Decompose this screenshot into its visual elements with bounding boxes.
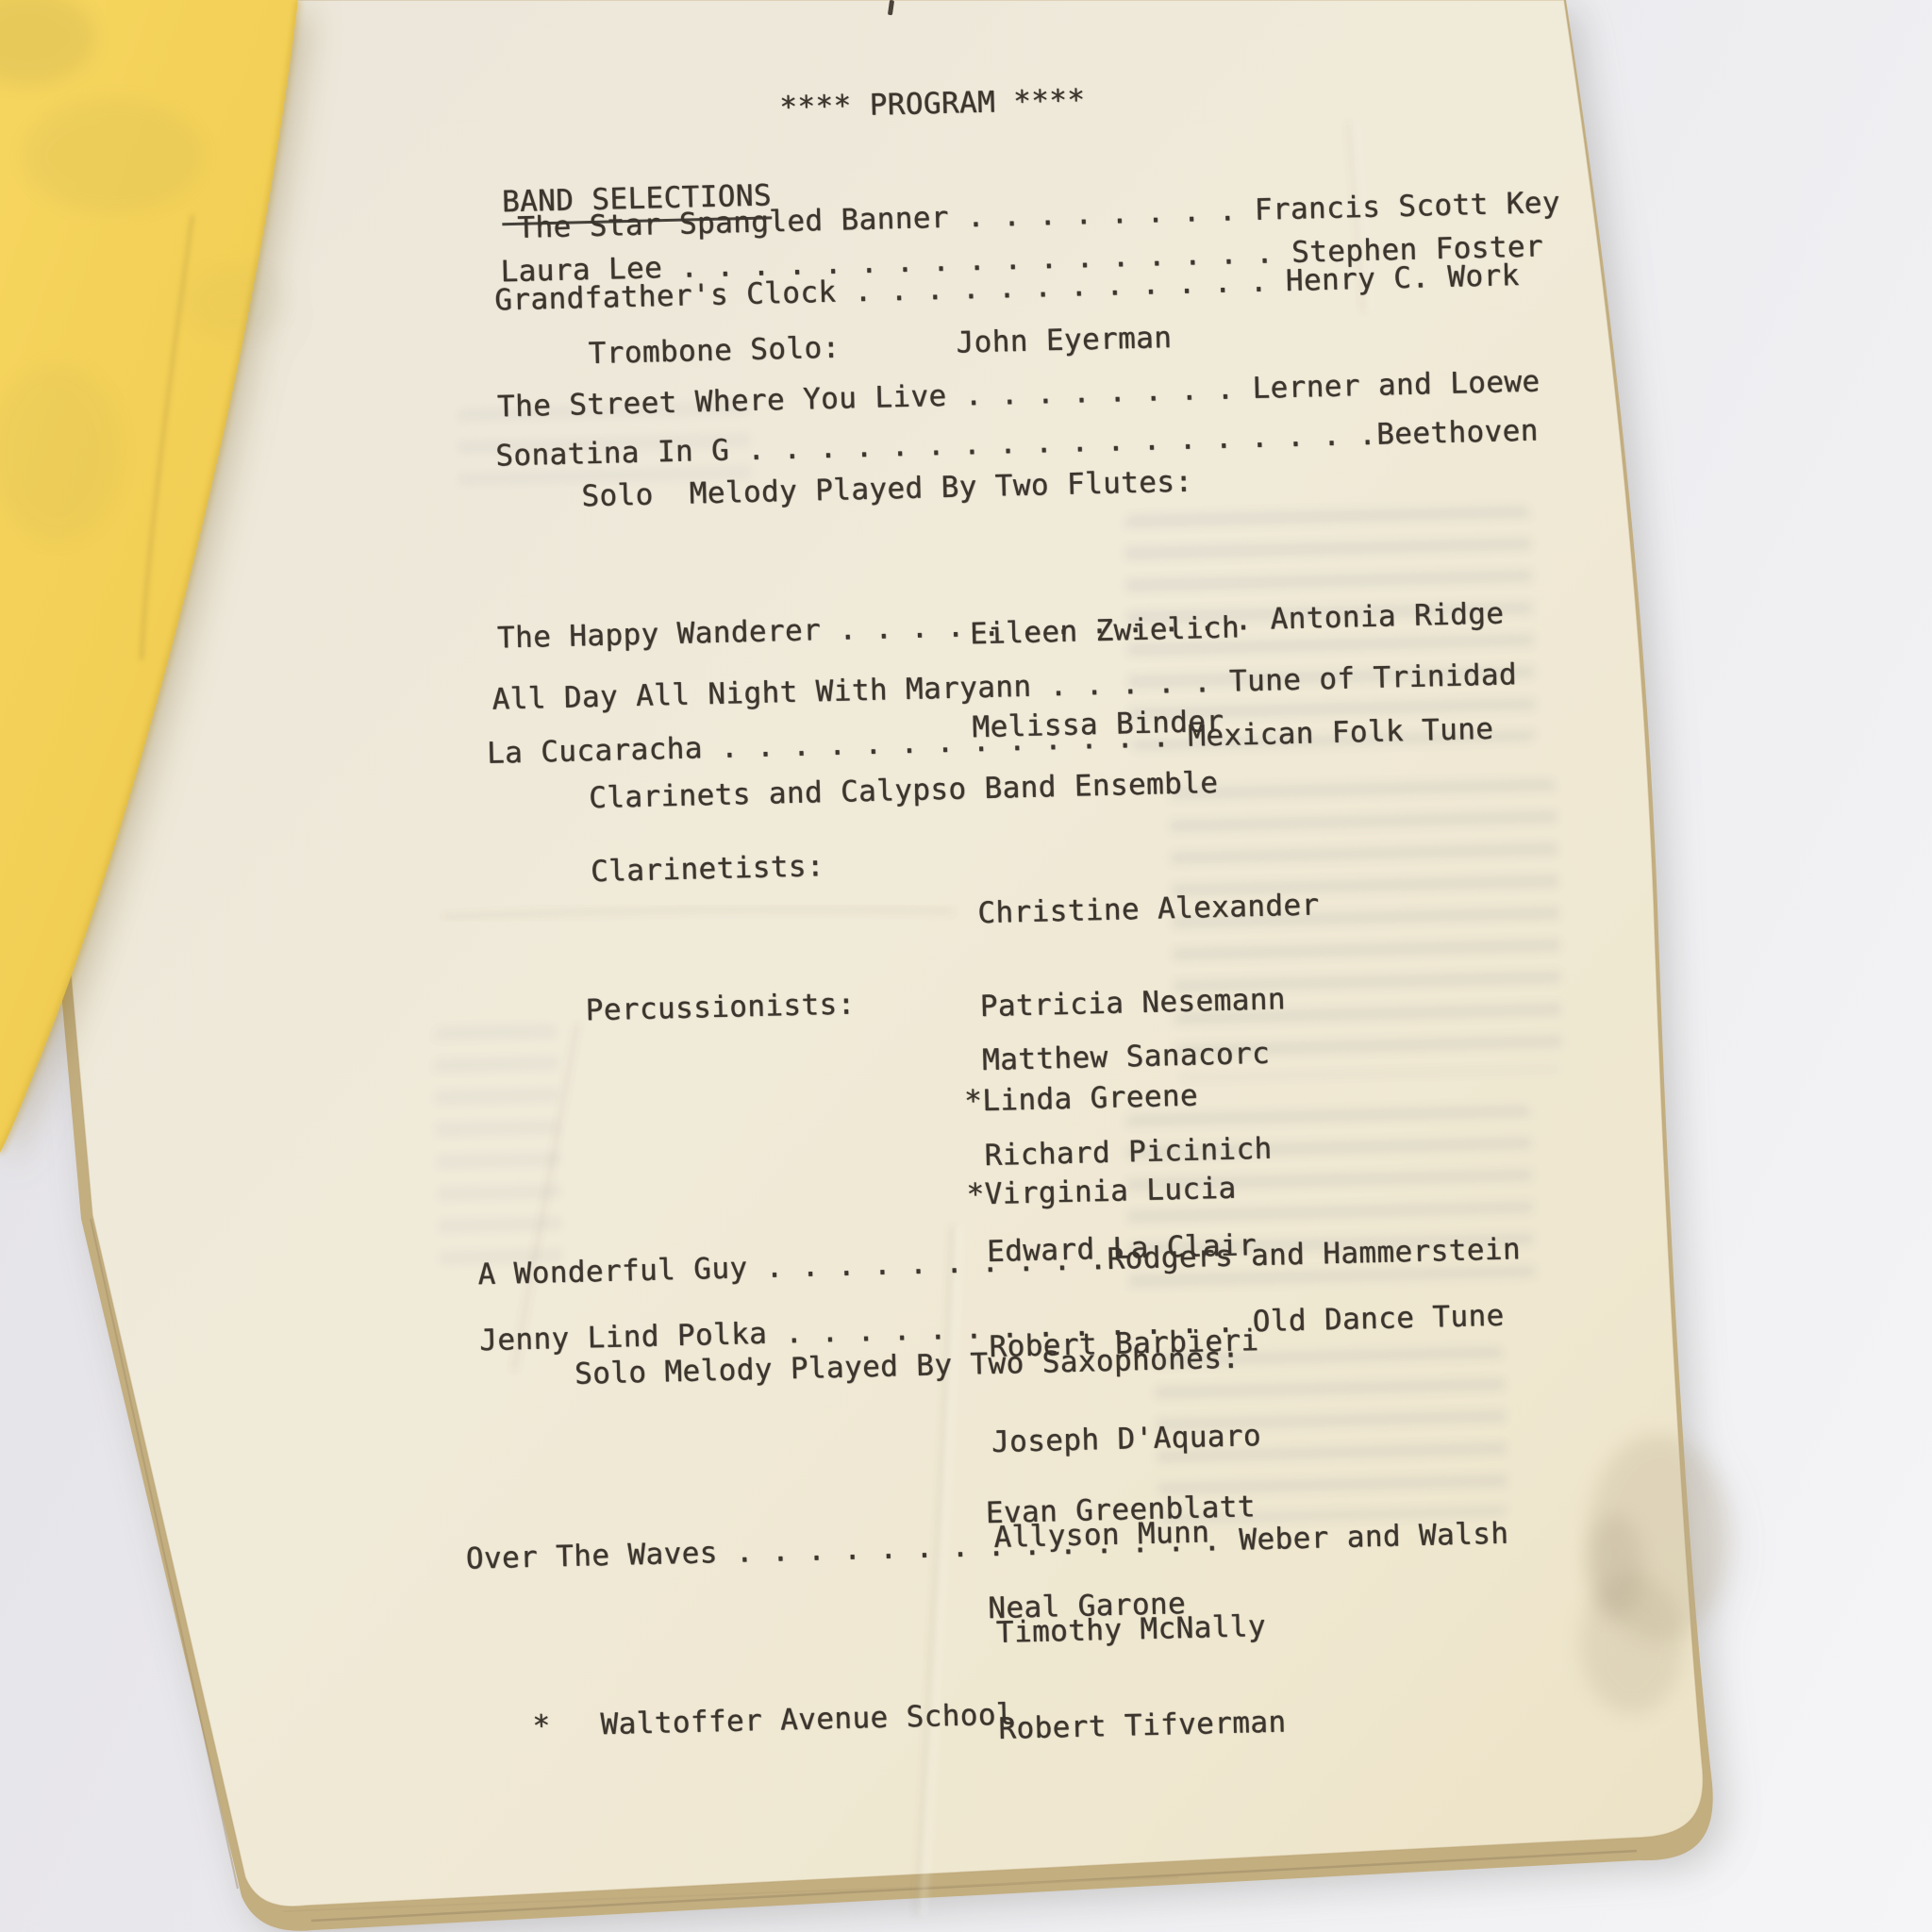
yellow-paper-corner	[0, 0, 1932, 1932]
photo-of-concert-program: { "scene": { "background_color": "#e8e7e…	[0, 0, 1932, 1932]
